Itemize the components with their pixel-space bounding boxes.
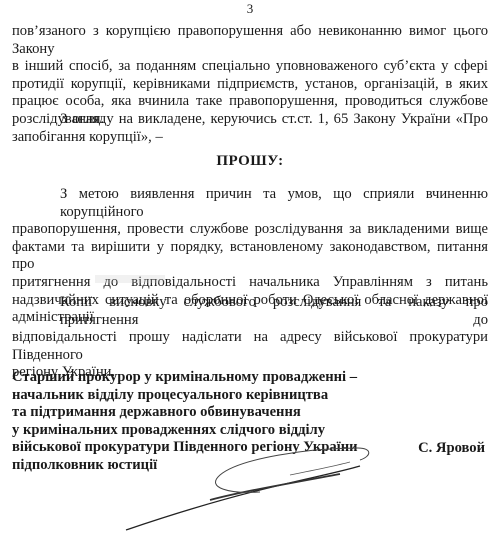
signer-name: С. Яровой <box>418 440 485 457</box>
document-page: 3 пов’язаного з корупцією правопорушення… <box>0 0 500 533</box>
paragraph-legal-basis: З огляду на викладене, керуючись ст.ст. … <box>12 111 488 146</box>
text-line: притягнення до відповідальності начальни… <box>12 274 488 292</box>
signer-title-line: начальник відділу процесуального керівни… <box>12 387 352 405</box>
handwritten-signature-icon <box>110 430 390 533</box>
text-line: З метою виявлення причин та умов, що спр… <box>12 186 488 221</box>
text-line: працює особа, яка вчинила таке правопору… <box>12 93 488 111</box>
text-line: в інший спосіб, за поданням спеціально у… <box>12 58 488 76</box>
text-line: Копії висновку службового розслідування … <box>12 294 488 329</box>
text-line: протидії корупції, керівниками підприємс… <box>12 76 488 94</box>
signer-title-line: та підтримання державного обвинувачення <box>12 404 352 422</box>
text-line: З огляду на викладене, керуючись ст.ст. … <box>12 111 488 129</box>
text-line: правопорушення, провести службове розслі… <box>12 221 488 239</box>
text-line: відповідальності прошу надіслати на адре… <box>12 329 488 364</box>
text-line: пов’язаного з корупцією правопорушення а… <box>12 23 488 58</box>
request-heading: ПРОШУ: <box>0 153 500 170</box>
text-line: фактами та вирішити у порядку, встановле… <box>12 239 488 274</box>
page-number: 3 <box>0 1 500 17</box>
text-line: запобігання корупції», – <box>12 129 488 147</box>
redacted-area <box>95 275 165 283</box>
signer-title-line: Старший прокурор у кримінальному провадж… <box>12 369 352 387</box>
